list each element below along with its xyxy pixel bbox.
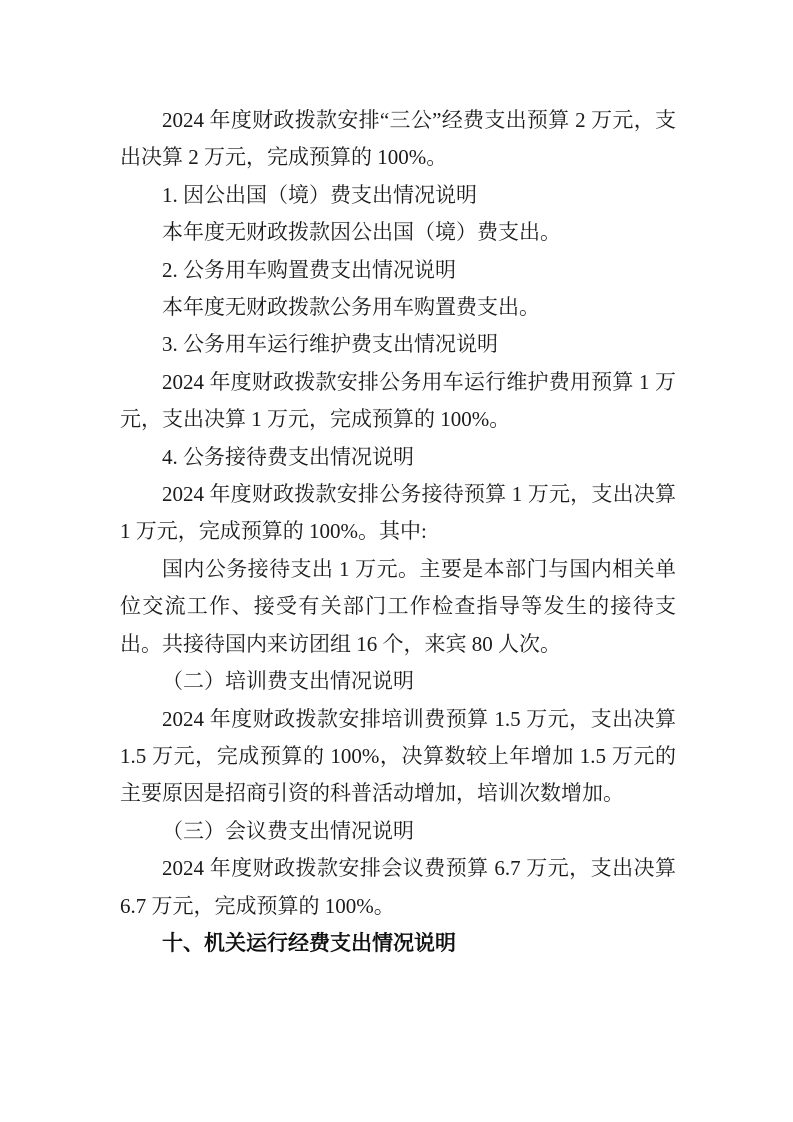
paragraph: 本年度无财政拨款公务用车购置费支出。 bbox=[120, 289, 676, 326]
document-content: 2024 年度财政拨款安排“三公”经费支出预算 2 万元，支出决算 2 万元，完… bbox=[120, 102, 676, 962]
paragraph: （三）会议费支出情况说明 bbox=[120, 813, 676, 850]
paragraph: 2024 年度财政拨款安排公务接待预算 1 万元，支出决算 1 万元，完成预算的… bbox=[120, 476, 676, 551]
document-page: 2024 年度财政拨款安排“三公”经费支出预算 2 万元，支出决算 2 万元，完… bbox=[0, 0, 793, 1122]
paragraph: 4. 公务接待费支出情况说明 bbox=[120, 439, 676, 476]
paragraph: 国内公务接待支出 1 万元。主要是本部门与国内相关单位交流工作、接受有关部门工作… bbox=[120, 551, 676, 663]
section-heading: 十、机关运行经费支出情况说明 bbox=[120, 925, 676, 962]
paragraph: 2024 年度财政拨款安排“三公”经费支出预算 2 万元，支出决算 2 万元，完… bbox=[120, 102, 676, 177]
paragraph: 本年度无财政拨款因公出国（境）费支出。 bbox=[120, 214, 676, 251]
paragraph: 2024 年度财政拨款安排培训费预算 1.5 万元，支出决算 1.5 万元，完成… bbox=[120, 701, 676, 813]
paragraph: 1. 因公出国（境）费支出情况说明 bbox=[120, 177, 676, 214]
paragraph: 3. 公务用车运行维护费支出情况说明 bbox=[120, 326, 676, 363]
paragraph: 2024 年度财政拨款安排会议费预算 6.7 万元，支出决算 6.7 万元，完成… bbox=[120, 850, 676, 925]
paragraph: 2. 公务用车购置费支出情况说明 bbox=[120, 252, 676, 289]
paragraph: 2024 年度财政拨款安排公务用车运行维护费用预算 1 万元，支出决算 1 万元… bbox=[120, 364, 676, 439]
paragraph: （二）培训费支出情况说明 bbox=[120, 663, 676, 700]
